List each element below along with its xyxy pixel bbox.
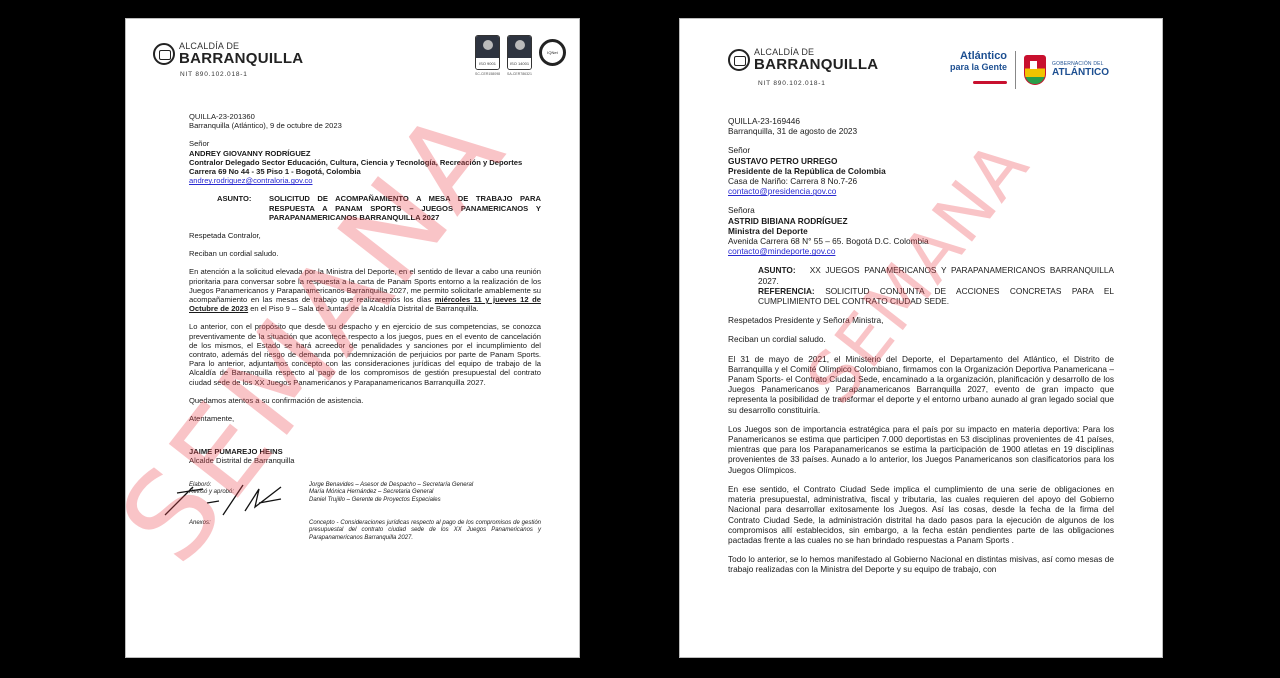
asunto-text: SOLICITUD DE ACOMPAÑAMIENTO A MESA DE TR…	[269, 194, 541, 222]
asunto-text: XX JUEGOS PANAMERICANOS Y PARAPANAMERICA…	[758, 265, 1114, 285]
anexos-value: Concepto - Consideraciones jurídicas res…	[309, 520, 541, 542]
alcaldia-logo: ALCALDÍA DE BARRANQUILLA NIT 890.102.018…	[728, 48, 878, 72]
recipient-name: GUSTAVO PETRO URREGO	[728, 156, 1114, 166]
asunto-block: ASUNTO: XX JUEGOS PANAMERICANOS Y PARAPA…	[758, 265, 1114, 306]
logo-big-text: BARRANQUILLA	[754, 57, 878, 72]
recipient-salutation: Señora	[728, 205, 1114, 215]
closing: Atentamente,	[189, 414, 541, 423]
paragraph-3: Quedamos atentos a su confirmación de as…	[189, 396, 541, 405]
barranquilla-crest-icon	[153, 43, 175, 65]
paragraph-2: Lo anterior, con el propósito que desde …	[189, 322, 541, 386]
recipient-title: Presidente de la República de Colombia	[728, 166, 1114, 176]
asunto-label: ASUNTO:	[217, 194, 269, 222]
recipient-name: ANDREY GIOVANNY RODRÍGUEZ	[189, 149, 541, 158]
signer-title: Alcalde Distrital de Barranquilla	[189, 456, 541, 465]
paragraph-3: En ese sentido, el Contrato Ciudad Sede …	[728, 484, 1114, 545]
paragraph-1: En atención a la solicitud elevada por l…	[189, 267, 541, 313]
gov-big-text: ATLÁNTICO	[1052, 67, 1109, 78]
letter-body: QUILLA-23-169446 Barranquilla, 31 de ago…	[728, 116, 1114, 575]
recipient-block-2: Señora ASTRID BIBIANA RODRÍGUEZ Ministra…	[728, 205, 1114, 256]
logo-divider	[1015, 51, 1016, 89]
iqnet-seal-icon: IQNet	[539, 39, 566, 66]
recipient-block-1: Señor GUSTAVO PETRO URREGO Presidente de…	[728, 145, 1114, 196]
alcaldia-logo: ALCALDÍA DE BARRANQUILLA NIT 890.102.018…	[153, 42, 303, 66]
asunto-block: ASUNTO: SOLICITUD DE ACOMPAÑAMIENTO A ME…	[217, 194, 541, 222]
nit-number: NIT 890.102.018-1	[758, 80, 826, 87]
recipient-block: Señor ANDREY GIOVANNY RODRÍGUEZ Contralo…	[189, 139, 541, 185]
letter-page-left: ALCALDÍA DE BARRANQUILLA NIT 890.102.018…	[125, 18, 580, 658]
signature-icon	[163, 481, 283, 517]
opening: Reciban un cordial saludo.	[728, 334, 1114, 344]
reference-number: QUILLA-23-169446	[728, 116, 1114, 126]
recipient-salutation: Señor	[728, 145, 1114, 155]
icontec-badge-icon: ISO 9001 SC-CER158098	[475, 35, 500, 76]
recipient-address: Carrera 69 No 44 - 35 Piso 1 - Bogotá, C…	[189, 167, 541, 176]
recipient-address: Avenida Carrera 68 N° 55 – 65. Bogotá D.…	[728, 236, 1114, 246]
letter-page-right: ALCALDÍA DE BARRANQUILLA NIT 890.102.018…	[679, 18, 1163, 658]
paragraph-1: El 31 de mayo de 2021, el Ministerio del…	[728, 354, 1114, 415]
opening: Reciban un cordial saludo.	[189, 249, 541, 258]
asunto-label: ASUNTO:	[758, 265, 796, 275]
recipient-title: Contralor Delegado Sector Educación, Cul…	[189, 158, 541, 167]
recipient-email-link[interactable]: contacto@mindeporte.gov.co	[728, 246, 1114, 256]
recipient-email-link[interactable]: andrey.rodriguez@contraloria.gov.co	[189, 176, 541, 185]
paragraph-2: Los Juegos son de importancia estratégic…	[728, 424, 1114, 475]
gobernacion-atlantico-logo: Atlántico para la Gente GOBERNACIÓN DEL …	[950, 51, 1109, 89]
slogan-line-1: Atlántico	[950, 51, 1007, 63]
swoosh-icon	[973, 81, 1007, 84]
barranquilla-crest-icon	[728, 49, 750, 71]
greeting: Respetados Presidente y Señora Ministra,	[728, 315, 1114, 325]
logo-big-text: BARRANQUILLA	[179, 51, 303, 66]
recipient-email-link[interactable]: contacto@presidencia.gov.co	[728, 186, 1114, 196]
slogan-line-2: para la Gente	[950, 63, 1007, 72]
reference-number: QUILLA-23-201360	[189, 112, 541, 121]
atlantico-shield-icon	[1024, 55, 1046, 85]
signer-name: JAIME PUMAREJO HEINS	[189, 447, 541, 456]
certification-badges: ISO 9001 SC-CER158098 ISO 14001 SA-CER78…	[475, 35, 566, 76]
recipient-address: Casa de Nariño: Carrera 8 No.7-26	[728, 176, 1114, 186]
reviso-value: Daniel Trujillo – Gerente de Proyectos E…	[309, 497, 541, 504]
recipient-salutation: Señor	[189, 139, 541, 148]
recipient-name: ASTRID BIBIANA RODRÍGUEZ	[728, 216, 1114, 226]
letter-body: QUILLA-23-201360 Barranquilla (Atlántico…	[189, 112, 541, 542]
letter-date: Barranquilla (Atlántico), 9 de octubre d…	[189, 121, 541, 130]
letter-date: Barranquilla, 31 de agosto de 2023	[728, 126, 1114, 136]
recipient-title: Ministra del Deporte	[728, 226, 1114, 236]
nit-number: NIT 890.102.018-1	[180, 71, 248, 78]
icontec-badge-icon: ISO 14001 SA-CER786321	[507, 35, 532, 76]
greeting: Respetada Contralor,	[189, 231, 541, 240]
referencia-label: REFERENCIA:	[758, 286, 815, 296]
reviso-value: María Mónica Hernández – Secretaria Gene…	[309, 489, 541, 496]
paragraph-4: Todo lo anterior, se lo hemos manifestad…	[728, 554, 1114, 574]
elaboro-value: Jorge Benavides – Asesor de Despacho – S…	[309, 482, 541, 489]
